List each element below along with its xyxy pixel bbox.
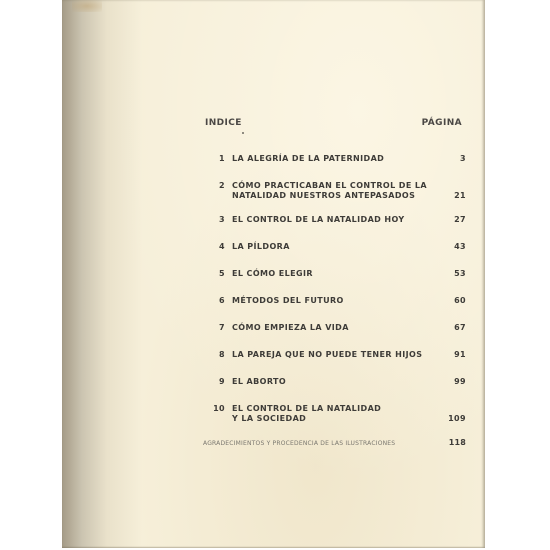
toc-header: INDICE PÁGINA [203, 118, 468, 154]
toc-acknowledgements: AGRADECIMIENTOS Y PROCEDENCIA DE LAS ILU… [203, 438, 468, 447]
toc-entry-page: 53 [436, 269, 468, 279]
toc-entry-title: MÉTODOS DEL FUTURO [232, 296, 436, 306]
toc-entry-number: 8 [203, 350, 232, 360]
toc-entry-page: 27 [436, 215, 468, 225]
toc-entry: 8 LA PAREJA QUE NO PUEDE TENER HIJOS 91 [203, 350, 468, 360]
toc-entry-number: 6 [203, 296, 232, 306]
toc-entry-page: 99 [436, 377, 468, 387]
toc-entry-number: 5 [203, 269, 232, 279]
toc-entry-number: 10 [203, 404, 232, 414]
toc-entry-title: EL ABORTO [232, 377, 436, 387]
toc-entry-title: LA ALEGRÍA DE LA PATERNIDAD [232, 154, 436, 164]
page-stain [72, 0, 102, 12]
toc-entry: 5 EL CÓMO ELEGIR 53 [203, 269, 468, 279]
toc-entry-page: 67 [436, 323, 468, 333]
toc-acknowledgements-title: AGRADECIMIENTOS Y PROCEDENCIA DE LAS ILU… [203, 440, 436, 447]
toc-entry: 2 CÓMO PRACTICABAN EL CONTROL DE LA NATA… [203, 181, 468, 201]
toc-header-index: INDICE [203, 118, 242, 154]
toc-entry-page: 43 [436, 242, 468, 252]
toc-entry-title: CÓMO PRACTICABAN EL CONTROL DE LA NATALI… [232, 181, 436, 201]
toc-entry-title: EL CONTROL DE LA NATALIDAD HOY [232, 215, 436, 225]
toc-acknowledgements-page: 118 [436, 438, 468, 447]
toc-entry-number: 9 [203, 377, 232, 387]
toc-header-page: PÁGINA [422, 118, 468, 154]
toc-entry-title: LA PÍLDORA [232, 242, 436, 252]
table-of-contents: INDICE PÁGINA 1 LA ALEGRÍA DE LA PATERNI… [203, 118, 468, 447]
toc-entry-title: EL CÓMO ELEGIR [232, 269, 436, 279]
toc-entry-number: 4 [203, 242, 232, 252]
toc-entry-number: 1 [203, 154, 232, 164]
toc-entry: 7 CÓMO EMPIEZA LA VIDA 67 [203, 323, 468, 333]
toc-entry-title: CÓMO EMPIEZA LA VIDA [232, 323, 436, 333]
toc-entry: 1 LA ALEGRÍA DE LA PATERNIDAD 3 [203, 154, 468, 164]
toc-entry-page: 21 [436, 191, 468, 201]
toc-entry: 9 EL ABORTO 99 [203, 377, 468, 387]
toc-entry-title: EL CONTROL DE LA NATALIDAD Y LA SOCIEDAD [232, 404, 436, 424]
toc-entry: 6 MÉTODOS DEL FUTURO 60 [203, 296, 468, 306]
toc-entry-page: 109 [436, 414, 468, 424]
toc-entry-page: 60 [436, 296, 468, 306]
toc-entry: 10 EL CONTROL DE LA NATALIDAD Y LA SOCIE… [203, 404, 468, 424]
toc-entry-number: 2 [203, 181, 232, 191]
toc-entry-page: 91 [436, 350, 468, 360]
toc-entry-title: LA PAREJA QUE NO PUEDE TENER HIJOS [232, 350, 436, 360]
toc-entry: 4 LA PÍLDORA 43 [203, 242, 468, 252]
toc-entry-number: 7 [203, 323, 232, 333]
toc-entry-number: 3 [203, 215, 232, 225]
toc-entry-page: 3 [436, 154, 468, 164]
toc-entry: 3 EL CONTROL DE LA NATALIDAD HOY 27 [203, 215, 468, 225]
